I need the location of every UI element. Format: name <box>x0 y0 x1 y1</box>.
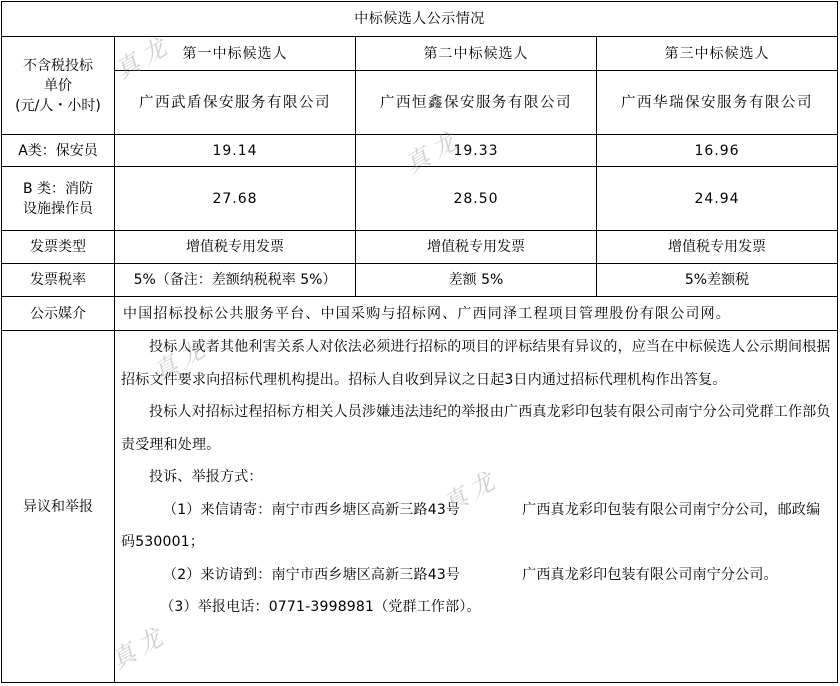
candidate-2-price-b: 28.50 <box>356 167 597 231</box>
candidate-3-company: 广西华瑞保安服务有限公司 <box>597 71 838 135</box>
table-row-media: 公示媒介 中国招标投标公共服务平台、中国采购与招标网、广西同泽工程项目管理股份有… <box>2 297 838 331</box>
candidate-3-price-a: 16.96 <box>597 135 838 167</box>
contact-phone: （3）举报电话：0771-3998981（党群工作部）。 <box>121 591 831 624</box>
candidate-3-price-b: 24.94 <box>597 167 838 231</box>
table-row-b: B 类：消防 设施操作员 27.68 28.50 24.94 <box>2 167 838 231</box>
candidate-1-price-b: 27.68 <box>115 167 356 231</box>
contact-visit: （2）来访请到：南宁市西乡塘区高新三路43号广西真龙彩印包装有限公司南宁分公司。 <box>121 559 831 592</box>
row-label-a: A类：保安员 <box>2 135 115 167</box>
row-label-b: B 类：消防 设施操作员 <box>2 167 115 231</box>
row-label-objection: 异议和举报 <box>2 331 115 683</box>
table-row-invoice-rate: 发票税率 5%（备注：差额纳税税率 5%） 差额 5% 5%差额税 <box>2 264 838 297</box>
candidate-3-invoice-rate: 5%差额税 <box>597 264 838 297</box>
price-label-line-2: 单价 <box>2 76 114 96</box>
contact-mail: （1）来信请寄：南宁市西乡塘区高新三路43号广西真龙彩印包装有限公司南宁分公司，… <box>121 494 831 559</box>
candidate-2-rank: 第二中标候选人 <box>356 37 597 71</box>
candidate-2-invoice-type: 增值税专用发票 <box>356 231 597 264</box>
row-label-b-line-1: B 类：消防 <box>2 179 114 199</box>
contact-visit-recipient: 广西真龙彩印包装有限公司南宁分公司。 <box>522 567 778 583</box>
candidate-2-invoice-rate: 差额 5% <box>356 264 597 297</box>
table-row-objection: 异议和举报 投标人或者其他利害关系人对依法必须进行招标的项目的评标结果有异议的，… <box>2 331 838 683</box>
table-title: 中标候选人公示情况 <box>2 2 838 37</box>
objection-paragraph-2: 投标人对招标过程招标方相关人员涉嫌违法违纪的举报由广西真龙彩印包装有限公司南宁分… <box>121 396 831 461</box>
row-label-invoice-type: 发票类型 <box>2 231 115 264</box>
table-row-a: A类：保安员 19.14 19.33 16.96 <box>2 135 838 167</box>
objection-paragraph-1: 投标人或者其他利害关系人对依法必须进行招标的项目的评标结果有异议的，应当在中标候… <box>121 331 831 396</box>
candidate-2-price-a: 19.33 <box>356 135 597 167</box>
price-label-cell: 不含税投标 单价 (元/人・小时) <box>2 37 115 135</box>
candidate-3-rank: 第三中标候选人 <box>597 37 838 71</box>
row-label-b-line-2: 设施操作员 <box>2 199 114 219</box>
candidate-1-company: 广西武盾保安服务有限公司 <box>115 71 356 135</box>
objection-content: 投标人或者其他利害关系人对依法必须进行招标的项目的评标结果有异议的，应当在中标候… <box>115 331 838 683</box>
row-label-invoice-rate: 发票税率 <box>2 264 115 297</box>
price-label-line-3: (元/人・小时) <box>2 96 114 116</box>
contact-mail-address: （1）来信请寄：南宁市西乡塘区高新三路43号 <box>163 502 460 518</box>
contact-visit-address: （2）来访请到：南宁市西乡塘区高新三路43号 <box>163 567 460 583</box>
candidate-2-company: 广西恒鑫保安服务有限公司 <box>356 71 597 135</box>
bid-candidates-notice-table: 中标候选人公示情况 不含税投标 单价 (元/人・小时) 第一中标候选人 第二中标… <box>1 1 838 683</box>
row-label-media: 公示媒介 <box>2 297 115 331</box>
candidate-1-rank: 第一中标候选人 <box>115 37 356 71</box>
price-label-line-1: 不含税投标 <box>2 56 114 76</box>
media-text: 中国招标投标公共服务平台、中国采购与招标网、广西同泽工程项目管理股份有限公司网。 <box>115 297 838 331</box>
candidate-1-invoice-rate: 5%（备注：差额纳税税率 5%） <box>115 264 356 297</box>
candidate-1-price-a: 19.14 <box>115 135 356 167</box>
table-row-invoice-type: 发票类型 增值税专用发票 增值税专用发票 增值税专用发票 <box>2 231 838 264</box>
candidate-1-invoice-type: 增值税专用发票 <box>115 231 356 264</box>
candidate-3-invoice-type: 增值税专用发票 <box>597 231 838 264</box>
objection-paragraph-3: 投诉、举报方式： <box>121 461 831 494</box>
